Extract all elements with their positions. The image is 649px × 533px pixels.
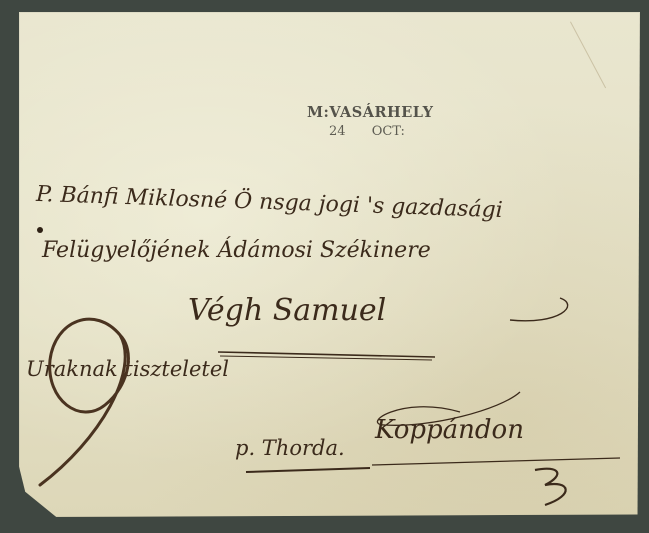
addressee-name: Végh Samuel (188, 293, 386, 328)
address-line-4: Uraknak tiszteletel (26, 357, 229, 381)
postmark-day: 24 (329, 124, 346, 139)
postmark-date: 24 OCT: (307, 125, 433, 138)
destination-town: Koppándon (375, 415, 524, 445)
postmark-month: OCT: (372, 124, 405, 139)
postmark-stamp: M:VASÁRHELY 24 OCT: (307, 106, 433, 138)
post-district: p. Thorda. (235, 436, 345, 460)
address-line-2: Felügyelőjének Ádámosi Székinere (42, 238, 431, 263)
postmark-town: M:VASÁRHELY (307, 106, 433, 121)
